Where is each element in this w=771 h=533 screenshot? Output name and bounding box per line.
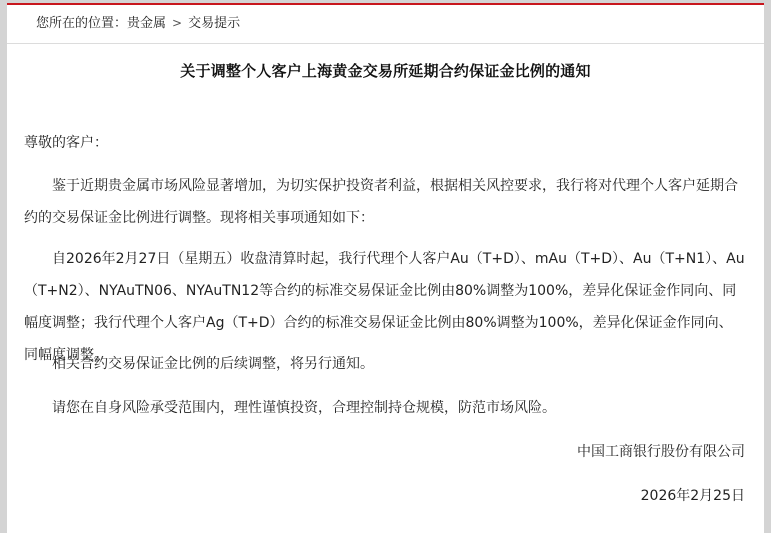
page-container: 您所在的位置：贵金属>交易提示 关于调整个人客户上海黄金交易所延期合约保证金比例… (7, 0, 764, 533)
breadcrumb-separator-icon: > (172, 16, 182, 30)
breadcrumb: 您所在的位置：贵金属>交易提示 (36, 14, 240, 33)
article-title: 关于调整个人客户上海黄金交易所延期合约保证金比例的通知 (7, 60, 764, 82)
header-divider (7, 43, 764, 44)
article-paragraph: 相关合约交易保证金比例的后续调整，将另行通知。 (24, 348, 746, 380)
breadcrumb-item-trading-tips[interactable]: 交易提示 (188, 16, 240, 31)
article-paragraph: 鉴于近期贵金属市场风险显著增加，为切实保护投资者利益，根据相关风控要求，我行将对… (24, 170, 746, 234)
article-signature: 中国工商银行股份有限公司 (577, 436, 745, 468)
article-date: 2026年2月25日 (641, 480, 745, 512)
breadcrumb-prefix: 您所在的位置： (36, 16, 127, 31)
breadcrumb-item-precious-metals[interactable]: 贵金属 (127, 16, 166, 31)
article-paragraph: 请您在自身风险承受范围内，理性谨慎投资，合理控制持仓规模，防范市场风险。 (24, 392, 746, 424)
top-accent-line (7, 3, 764, 5)
article-greeting: 尊敬的客户： (24, 127, 746, 159)
